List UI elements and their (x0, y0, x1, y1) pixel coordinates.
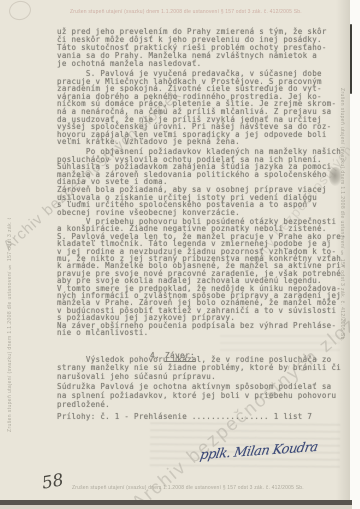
bleedthrough-noise (220, 330, 340, 354)
typed-paragraph-1: už pred jeho prevelením do Prahy zmieren… (57, 28, 327, 68)
scan-edge-line (350, 24, 352, 94)
declassification-stamp-bottom: Zrušen stupeň utajení (svazku) dnem 1.1.… (72, 485, 304, 491)
declassification-stamp-left-edge: Zrušen stupeň utajení (svazku) dnem 1.1.… (7, 218, 13, 432)
typed-paragraph-2: S. Pavlová je vyučená predavačka, v súča… (57, 70, 336, 146)
paper-edge-shadow (336, 0, 350, 501)
scanned-document-page: Zrušen stupeň utajení (svazku) dnem 1.1.… (0, 0, 350, 501)
typed-paragraph-5: Výsledok pohovoru ukázal, že v rodine po… (57, 356, 341, 381)
scan-bottom-strip (0, 505, 352, 509)
declassification-stamp-top: Zrušen stupeň utajení (svazku) dnem 1.1.… (70, 9, 302, 15)
typed-paragraph-6: Súdružka Pavlová je ochotna aktívnym spô… (57, 382, 336, 409)
page-number: 58 (40, 470, 65, 493)
pencil-circle-mark (7, 0, 33, 22)
typed-paragraph-3: Po objasnení požiadavkov kladených na ma… (57, 148, 341, 216)
typed-paragraph-4: V priebehu pohovoru boli posúdené otázky… (57, 218, 346, 337)
